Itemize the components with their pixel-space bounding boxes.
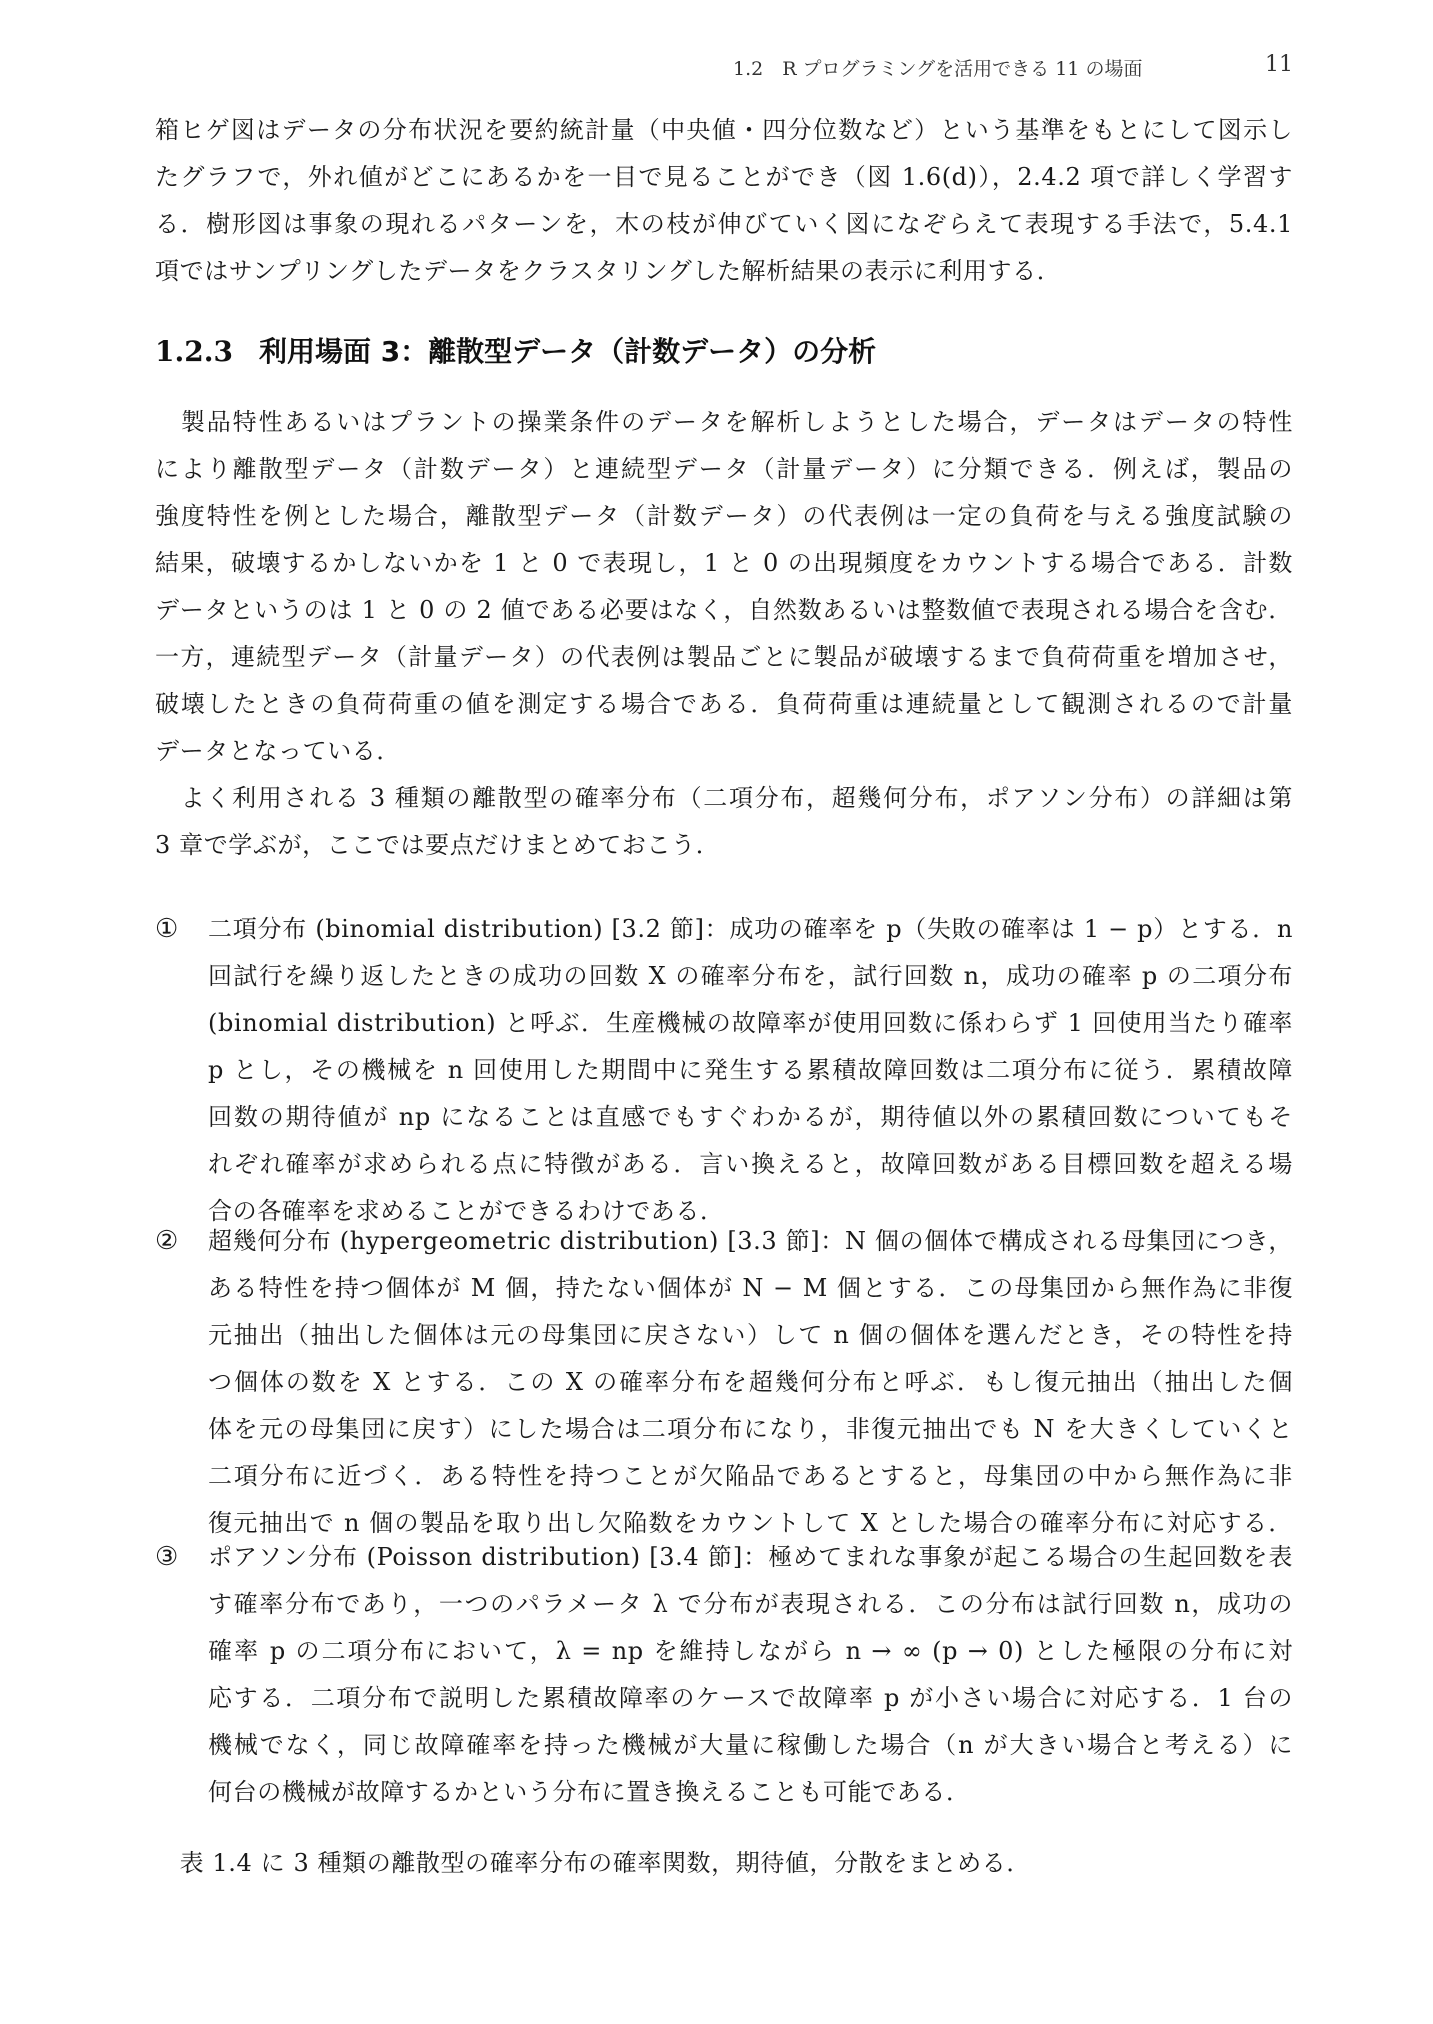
text-line: つ個体の数を X とする．この X の確率分布を超幾何分布と呼ぶ．もし復元抽出（… [208, 1365, 1293, 1403]
text-line: す確率分布であり，一つのパラメータ λ で分布が表現される．この分布は試行回数 … [208, 1587, 1293, 1625]
text-line: 製品特性あるいはプラントの操業条件のデータを解析しようとした場合，データはデータ… [155, 405, 1293, 443]
text-line: 確率 p の二項分布において，λ = np を維持しながら n → ∞ (p →… [208, 1634, 1293, 1672]
text-line: 3 章で学ぶが，ここでは要点だけまとめておこう． [155, 828, 1293, 866]
text-line: 破壊したときの負荷荷重の値を測定する場合である．負荷荷重は連続量として観測される… [155, 687, 1293, 725]
text-line: ポアソン分布 (Poisson distribution) [3.4 節]：極め… [208, 1540, 1293, 1578]
section-title: 利用場面 3：離散型データ（計数データ）の分析 [259, 335, 876, 368]
text-line: よく利用される 3 種類の離散型の確率分布（二項分布，超幾何分布，ポアソン分布）… [155, 781, 1293, 819]
running-head-title: 1.2 R プログラミングを活用できる 11 の場面 [733, 54, 1142, 81]
running-head: 1.2 R プログラミングを活用できる 11 の場面 11 [733, 52, 1293, 82]
text-line: 箱ヒゲ図はデータの分布状況を要約統計量（中央値・四分位数など）という基準をもとに… [155, 113, 1293, 151]
text-line: データとなっている． [155, 734, 1293, 772]
text-line: 二項分布に近づく．ある特性を持つことが欠陥品であるとすると，母集団の中から無作為… [208, 1459, 1293, 1497]
section-heading: 1.2.3利用場面 3：離散型データ（計数データ）の分析 [155, 330, 876, 370]
text-line: により離散型データ（計数データ）と連続型データ（計量データ）に分類できる．例えば… [155, 452, 1293, 490]
text-line: 元抽出（抽出した個体は元の母集団に戻さない）して n 個の個体を選んだとき，その… [208, 1318, 1293, 1356]
text-line: 二項分布 (binomial distribution) [3.2 節]：成功の… [208, 912, 1293, 950]
text-line: る．樹形図は事象の現れるパターンを，木の枝が伸びていく図になぞらえて表現する手法… [155, 207, 1293, 245]
text-line: 回試行を繰り返したときの成功の回数 X の確率分布を，試行回数 n，成功の確率 … [208, 959, 1293, 997]
text-line: データというのは 1 と 0 の 2 値である必要はなく，自然数あるいは整数値で… [155, 593, 1293, 631]
text-line: ある特性を持つ個体が M 個，持たない個体が N − M 個とする．この母集団か… [208, 1271, 1293, 1309]
page-number: 11 [1265, 52, 1293, 77]
section-number: 1.2.3 [155, 335, 233, 368]
text-line: 一方，連続型データ（計量データ）の代表例は製品ごとに製品が破壊するまで負荷荷重を… [155, 640, 1293, 678]
circled-number-1: ① [155, 912, 178, 946]
text-line: 表 1.4 に 3 種類の離散型の確率分布の確率関数，期待値，分散をまとめる． [155, 1846, 1293, 1884]
text-line: 復元抽出で n 個の製品を取り出し欠陥数をカウントして X とした場合の確率分布… [208, 1506, 1293, 1544]
text-line: れぞれ確率が求められる点に特徴がある．言い換えると，故障回数がある目標回数を超え… [208, 1147, 1293, 1185]
text-line: 体を元の母集団に戻す）にした場合は二項分布になり，非復元抽出でも N を大きくし… [208, 1412, 1293, 1450]
text-line: 項ではサンプリングしたデータをクラスタリングした解析結果の表示に利用する． [155, 254, 1293, 292]
text-line: 機械でなく，同じ故障確率を持った機械が大量に稼働した場合（n が大きい場合と考え… [208, 1728, 1293, 1766]
text-line: 結果，破壊するかしないかを 1 と 0 で表現し，1 と 0 の出現頻度をカウン… [155, 546, 1293, 584]
text-line: 応する．二項分布で説明した累積故障率のケースで故障率 p が小さい場合に対応する… [208, 1681, 1293, 1719]
text-line: 超幾何分布 (hypergeometric distribution) [3.3… [208, 1224, 1293, 1262]
text-line: 強度特性を例とした場合，離散型データ（計数データ）の代表例は一定の負荷を与える強… [155, 499, 1293, 537]
text-line: p とし，その機械を n 回使用した期間中に発生する累積故障回数は二項分布に従う… [208, 1053, 1293, 1091]
circled-number-3: ③ [155, 1540, 178, 1574]
text-line: (binomial distribution) と呼ぶ．生産機械の故障率が使用回… [208, 1006, 1293, 1044]
text-line: たグラフで，外れ値がどこにあるかを一目で見ることができ（図 1.6(d)），2.… [155, 160, 1293, 198]
text-line: 何台の機械が故障するかという分布に置き換えることも可能である． [208, 1775, 1293, 1813]
text-line: 回数の期待値が np になることは直感でもすぐわかるが，期待値以外の累積回数につ… [208, 1100, 1293, 1138]
circled-number-2: ② [155, 1224, 178, 1258]
